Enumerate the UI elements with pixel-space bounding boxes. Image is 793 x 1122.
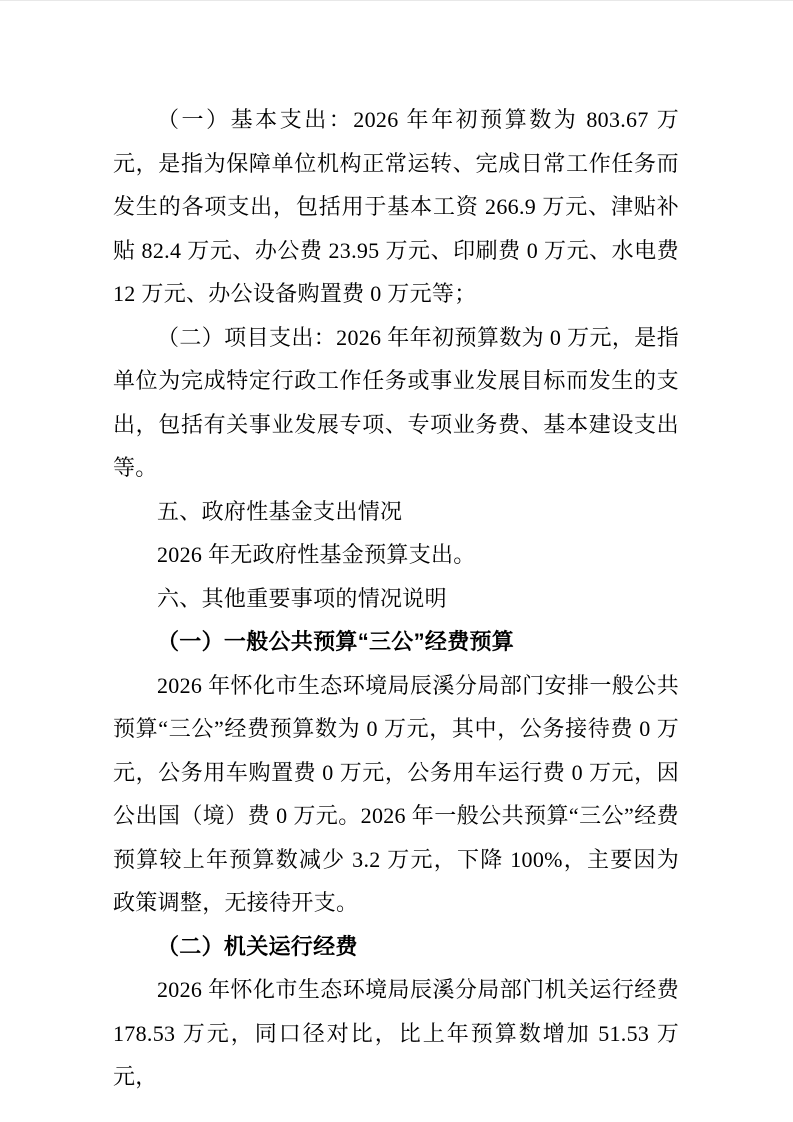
paragraph-project-expenditure: （二）项目支出：2026 年年初预算数为 0 万元，是指单位为完成特定行政工作任…	[113, 316, 679, 490]
document-body: （一）基本支出：2026 年年初预算数为 803.67 万元，是指为保障单位机构…	[113, 98, 679, 1099]
section-title-other-important-matters: 六、其他重要事项的情况说明	[113, 577, 679, 621]
paragraph-government-fund-none: 2026 年无政府性基金预算支出。	[113, 533, 679, 577]
section-title-government-fund-expenditure: 五、政府性基金支出情况	[113, 490, 679, 534]
paragraph-basic-expenditure: （一）基本支出：2026 年年初预算数为 803.67 万元，是指为保障单位机构…	[113, 98, 679, 316]
paragraph-three-public-expenses-detail: 2026 年怀化市生态环境局辰溪分局部门安排一般公共预算“三公”经费预算数为 0…	[113, 664, 679, 925]
heading-three-public-expenses-budget: （一）一般公共预算“三公”经费预算	[113, 620, 679, 664]
heading-agency-operating-funds: （二）机关运行经费	[113, 925, 679, 969]
document-page: （一）基本支出：2026 年年初预算数为 803.67 万元，是指为保障单位机构…	[0, 0, 793, 1122]
paragraph-agency-operating-funds-detail: 2026 年怀化市生态环境局辰溪分局部门机关运行经费 178.53 万元，同口径…	[113, 968, 679, 1099]
